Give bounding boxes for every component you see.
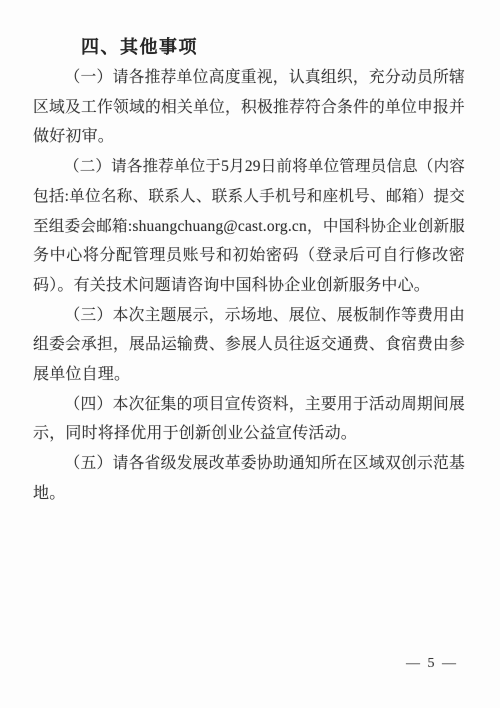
section-heading: 四、其他事项 [81,36,465,58]
text-line: 至组委会邮箱:shuangchuang@cast.org.cn，中国科协企业创新… [33,212,465,242]
text-line: （一）请各推荐单位高度重视，认真组织，充分动员所辖 [33,63,465,93]
page-number: — 5 — [406,656,458,672]
text-line: 做好初审。 [33,122,465,152]
text-line: 包括:单位名称、联系人、联系人手机号和座机号、邮箱）提交 [33,182,465,212]
text-line: 码）。有关技术问题请咨询中国科协企业创新服务中心。 [33,271,465,301]
text-line: （三）本次主题展示，示场地、展位、展板制作等费用由 [33,301,465,331]
document-body: （一）请各推荐单位高度重视，认真组织，充分动员所辖区域及工作领域的相关单位，积极… [33,63,465,509]
text-line: 组委会承担，展品运输费、参展人员往返交通费、食宿费由参 [33,330,465,360]
text-line: （二）请各推荐单位于5月29日前将单位管理员信息（内容 [33,152,465,182]
text-line: 展单位自理。 [33,360,465,390]
text-line: （四）本次征集的项目宣传资料，主要用于活动周期间展 [33,390,465,420]
text-line: 地。 [33,479,465,509]
text-line: 区域及工作领域的相关单位，积极推荐符合条件的单位申报并 [33,93,465,123]
text-line: 示，同时将择优用于创新创业公益宣传活动。 [33,419,465,449]
scanned-document-page: 四、其他事项 （一）请各推荐单位高度重视，认真组织，充分动员所辖区域及工作领域的… [0,0,500,708]
text-line: （五）请各省级发展改革委协助通知所在区域双创示范基 [33,449,465,479]
text-line: 务中心将分配管理员账号和初始密码（登录后可自行修改密 [33,241,465,271]
